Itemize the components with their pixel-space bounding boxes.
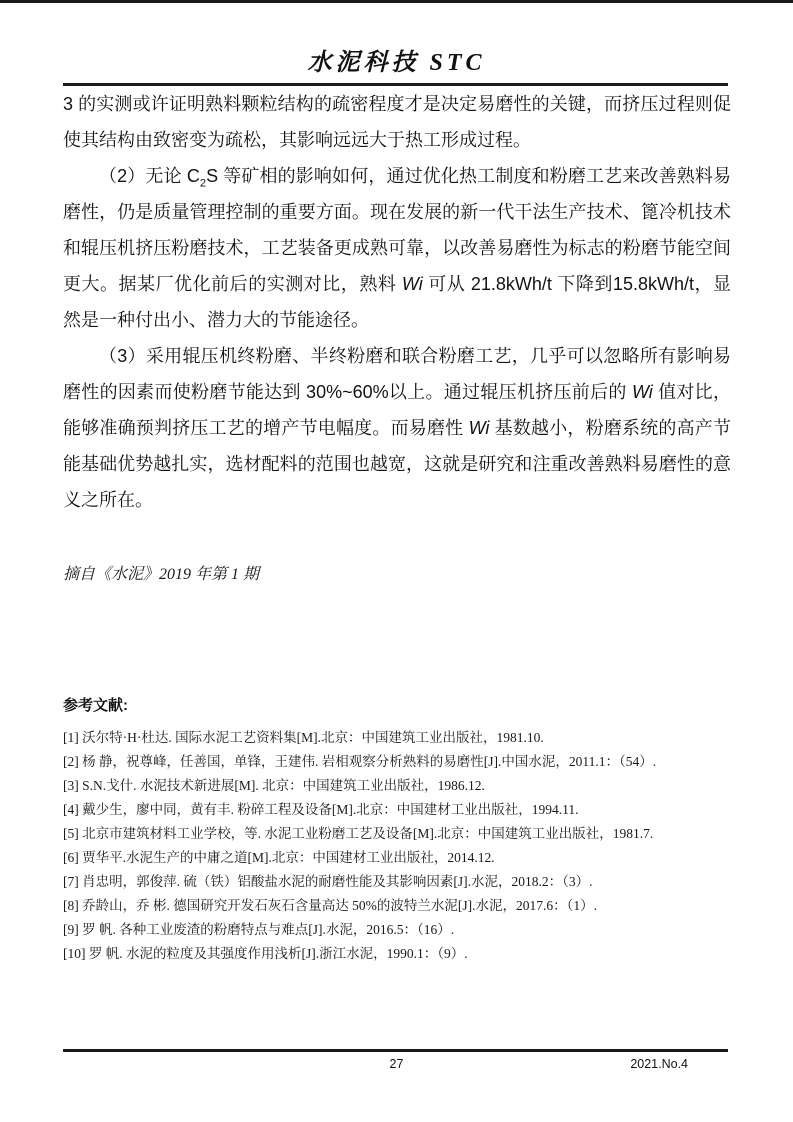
paragraph-segment: （2）无论 C: [99, 166, 200, 186]
italic-term: Wi: [469, 418, 490, 438]
reference-item: [6] 贾华平.水泥生产的中庸之道[M].北京：中国建材工业出版社，2014.1…: [63, 846, 735, 870]
references-heading: 参考文献:: [63, 694, 735, 715]
reference-item: [7] 肖忠明，郭俊萍. 硫（铁）铝酸盐水泥的耐磨性能及其影响因素[J].水泥，…: [63, 870, 735, 894]
reference-item: [9] 罗 帆. 各种工业废渣的粉磨特点与难点[J].水泥，2016.5：（16…: [63, 918, 735, 942]
body-paragraph: 3 的实测或许证明熟料颗粒结构的疏密程度才是决定易磨性的关键，而挤压过程则促使其…: [63, 86, 731, 158]
body-paragraph: （3）采用辊压机终粉磨、半终粉磨和联合粉磨工艺，几乎可以忽略所有影响易磨性的因素…: [63, 338, 731, 518]
issue-label: 2021.No.4: [630, 1057, 688, 1071]
reference-item: [4] 戴少生，廖中同，黄有丰. 粉碎工程及设备[M].北京：中国建材工业出版社…: [63, 798, 735, 822]
article-body: 3 的实测或许证明熟料颗粒结构的疏密程度才是决定易磨性的关键，而挤压过程则促使其…: [63, 86, 731, 518]
scan-edge-line: [0, 0, 793, 3]
reference-item: [8] 乔龄山，乔 彬. 德国研究开发石灰石含量高达 50%的波特兰水泥[J].…: [63, 894, 735, 918]
reference-item: [2] 杨 静，祝尊峰，任善国，单锋，王建伟. 岩相观察分析熟料的易磨性[J].…: [63, 750, 735, 774]
footer-rule: [63, 1049, 728, 1052]
reference-item: [10] 罗 帆. 水泥的粒度及其强度作用浅析[J].浙江水泥，1990.1：（…: [63, 942, 735, 966]
italic-term: Wi: [402, 274, 423, 294]
journal-title: 水泥科技 STC: [0, 42, 793, 77]
italic-term: Wi: [632, 382, 653, 402]
reference-item: [3] S.N.戈什. 水泥技术新进展[M]. 北京：中国建筑工业出版社，198…: [63, 774, 735, 798]
reference-item: [1] 沃尔特·H·杜达. 国际水泥工艺资料集[M].北京：中国建筑工业出版社，…: [63, 726, 735, 750]
document-page: 水泥科技 STC 3 的实测或许证明熟料颗粒结构的疏密程度才是决定易磨性的关键，…: [0, 0, 793, 1122]
paragraph-segment: 3 的实测或许证明熟料颗粒结构的疏密程度才是决定易磨性的关键，而挤压过程则促使其…: [63, 94, 731, 150]
body-paragraph: （2）无论 C2S 等矿相的影响如何，通过优化热工制度和粉磨工艺来改善熟料易磨性…: [63, 158, 731, 338]
references-section: 参考文献: [1] 沃尔特·H·杜达. 国际水泥工艺资料集[M].北京：中国建筑…: [63, 694, 735, 966]
paragraph-segment: （3）采用辊压机终粉磨、半终粉磨和联合粉磨工艺，几乎可以忽略所有影响易磨性的因素…: [63, 346, 731, 402]
reference-item: [5] 北京市建筑材料工业学校，等. 水泥工业粉磨工艺及设备[M].北京：中国建…: [63, 822, 735, 846]
references-list: [1] 沃尔特·H·杜达. 国际水泥工艺资料集[M].北京：中国建筑工业出版社，…: [63, 726, 735, 966]
source-citation: 摘自《水泥》2019 年第 1 期: [63, 561, 259, 584]
